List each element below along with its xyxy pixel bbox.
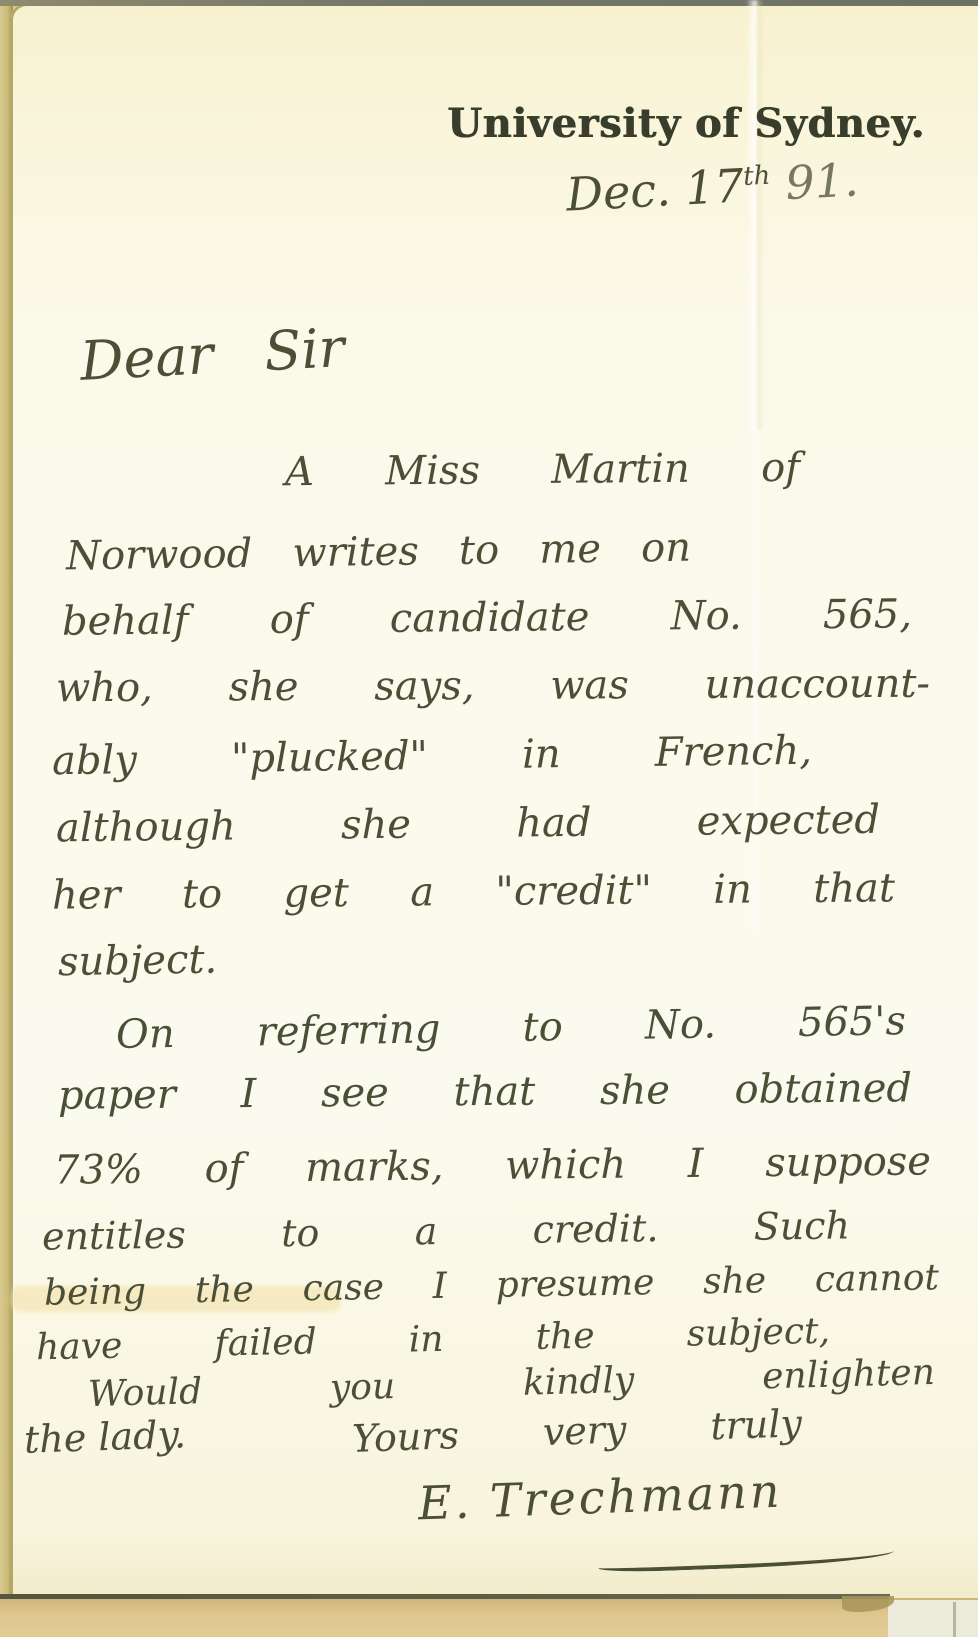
signature: E. Trechmann: [417, 1468, 783, 1527]
body-line: who, she says, was unaccount-: [56, 664, 930, 709]
scan-bottom-backing: [0, 1598, 978, 1637]
letterhead-title: University of Sydney.: [447, 100, 925, 147]
scanned-letter: University of Sydney. Dec. 17th 91. Dear…: [0, 0, 978, 1637]
closing-phrase-left: the lady.: [23, 1415, 186, 1459]
scan-bottom-edge-line: [953, 1602, 956, 1637]
date-year-value: 91.: [784, 152, 860, 210]
scan-bottom-pale-area: [888, 1600, 978, 1637]
body-line: ably "plucked" in French,: [52, 731, 812, 782]
body-line: although she had expected: [56, 800, 880, 849]
scan-top-edge: [0, 0, 978, 6]
fold-crease: [746, 0, 764, 430]
body-line: behalf of candidate No. 565,: [62, 594, 912, 641]
body-line: 73% of marks, which I suppose: [54, 1141, 931, 1190]
body-line: Norwood writes to me on: [66, 528, 691, 577]
page-bottom-shadow: [0, 1594, 890, 1599]
date-day: Dec. 17: [565, 158, 745, 221]
body-line: entitles to a credit. Such: [42, 1206, 850, 1255]
body-line: paper I see that she obtained: [58, 1068, 912, 1115]
date-ordinal: th: [742, 161, 771, 192]
salutation: Dear Sir: [79, 321, 346, 389]
body-line: A Miss Martin of: [285, 448, 800, 492]
body-line: subject.: [58, 938, 319, 983]
body-line: her to get a "credit" in that: [52, 868, 895, 915]
